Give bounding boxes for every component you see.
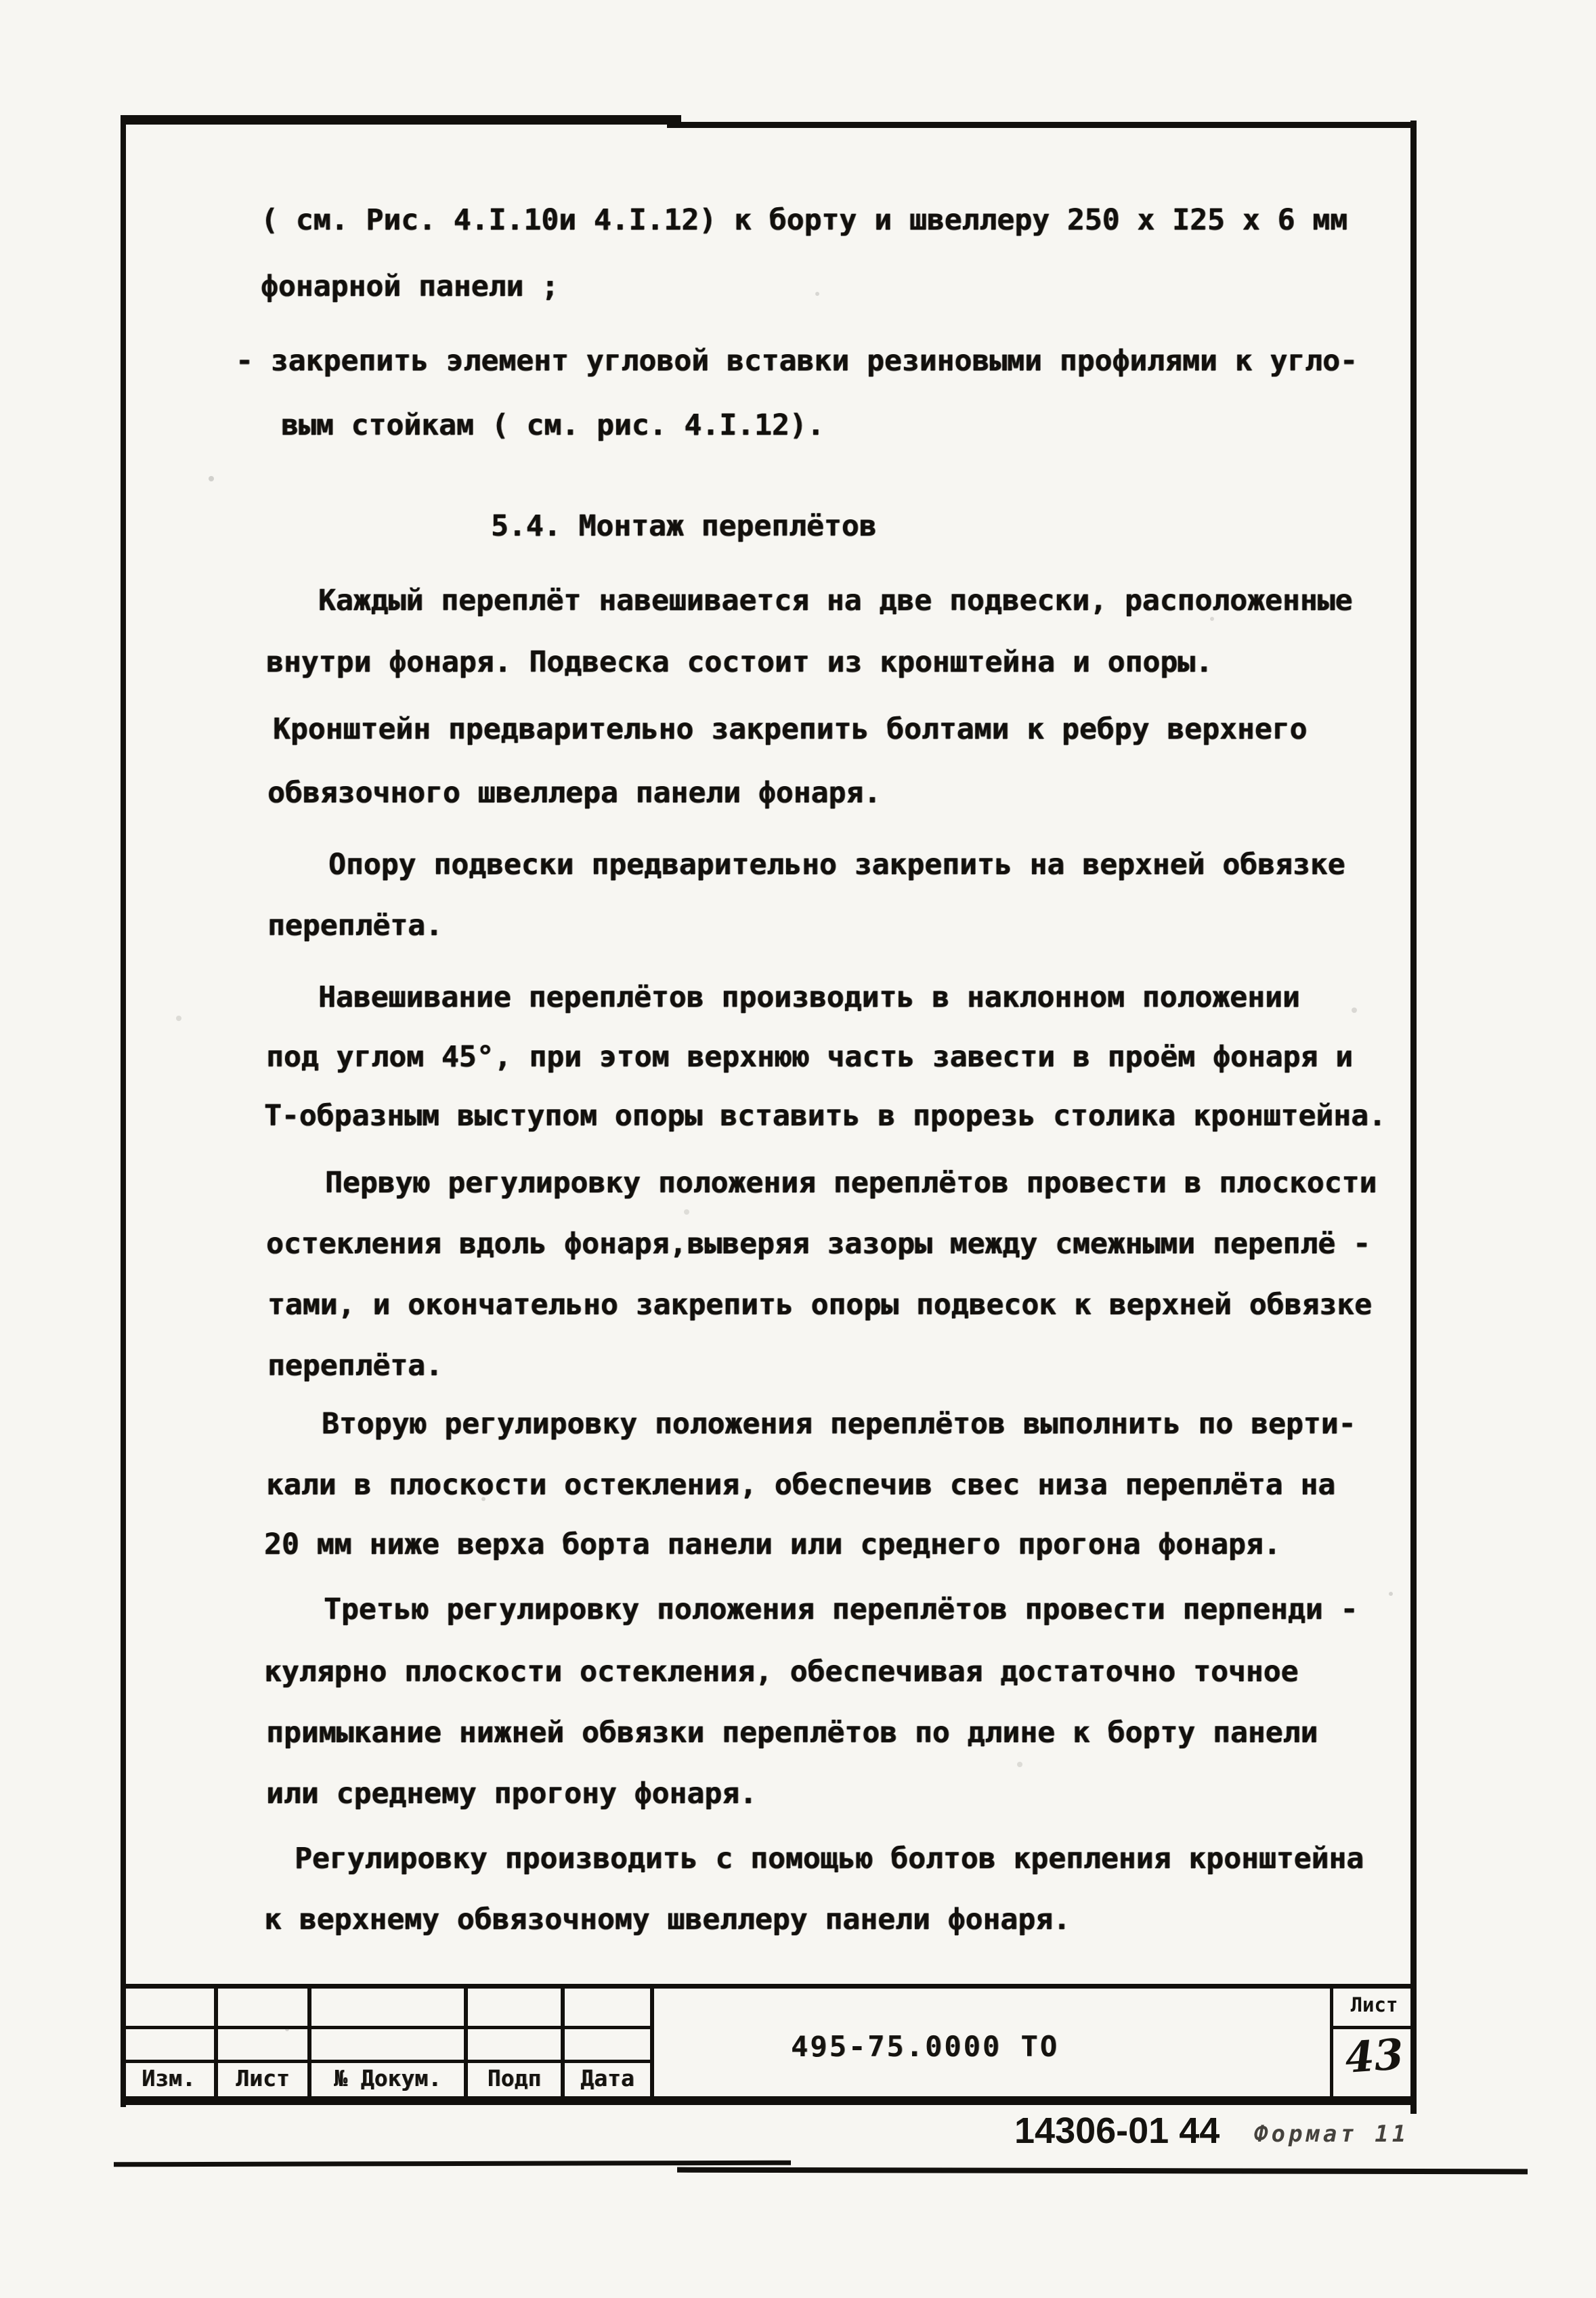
titleblock-top-line <box>121 1984 1417 1989</box>
titleblock-col-data: Дата <box>565 2065 650 2091</box>
frame-right-border <box>1410 121 1417 2114</box>
frame-left-border <box>121 115 126 2107</box>
text-line: Вторую регулировку положения переплётов … <box>322 1407 1356 1441</box>
text-line: или среднему прогону фонаря. <box>266 1777 757 1811</box>
text-line: 20 мм ниже верха борта панели или средне… <box>264 1527 1281 1561</box>
text-line: Т-образным выступом опоры вставить в про… <box>264 1099 1386 1133</box>
text-line: - закрепить элемент угловой вставки рези… <box>236 344 1358 378</box>
text-line: переплёта. <box>267 1349 443 1383</box>
titleblock-row-line <box>123 2026 653 2029</box>
text-line: фонарной панели ; <box>261 269 559 303</box>
text-line: тами, и окончательно закрепить опоры под… <box>267 1288 1372 1322</box>
sheet-label: Лист <box>1333 1993 1415 2016</box>
text-line: ( см. Рис. 4.I.10и 4.I.12) к борту и шве… <box>261 203 1347 237</box>
text-line: остекления вдоль фонаря,выверяя зазоры м… <box>266 1227 1371 1261</box>
text-line: Регулировку производить с помощью болтов… <box>295 1842 1364 1876</box>
scan-edge-line <box>114 2161 791 2167</box>
titleblock-row-line <box>123 2060 653 2063</box>
text-line: примыкание нижней обвязки переплётов по … <box>266 1716 1318 1750</box>
section-heading: 5.4. Монтаж переплётов <box>491 509 877 543</box>
titleblock-col-list: Лист <box>218 2065 307 2091</box>
text-line: внутри фонаря. Подвеска состоит из кронш… <box>266 645 1213 679</box>
scan-edge-line <box>677 2167 1528 2175</box>
text-line: переплёта. <box>267 909 443 942</box>
titleblock-column-divider <box>650 1985 654 2099</box>
titleblock-col-podp: Подп <box>468 2065 561 2091</box>
scanned-page: ( см. Рис. 4.I.10и 4.I.12) к борту и шве… <box>0 0 1596 2298</box>
frame-top-border <box>667 122 1416 128</box>
document-number: 495-75.0000 ТО <box>791 2030 1059 2063</box>
titleblock-col-dokum: № Докум. <box>311 2065 464 2091</box>
text-line: вым стойкам ( см. рис. 4.I.12). <box>281 408 825 442</box>
titleblock-col-izm: Изм. <box>123 2065 214 2091</box>
sheet-number: 43 <box>1332 2029 1417 2083</box>
text-line: к верхнему обвязочному швеллеру панели ф… <box>264 1903 1071 1936</box>
text-line: обвязочного швеллера панели фонаря. <box>267 776 881 810</box>
text-line: Первую регулировку положения переплётов … <box>325 1166 1377 1200</box>
text-line: Каждый переплёт навешивается на две подв… <box>318 584 1352 617</box>
text-line: Третью регулировку положения переплётов … <box>324 1592 1358 1626</box>
frame-top-border <box>121 115 681 125</box>
text-line: кали в плоскости остекления, обеспечив с… <box>266 1468 1335 1502</box>
scan-noise <box>0 0 3 3</box>
format-note: Формат 11 <box>1254 2121 1409 2148</box>
frame-bottom-border <box>121 2096 1417 2105</box>
text-line: Навешивание переплётов производить в нак… <box>318 980 1300 1014</box>
text-line: кулярно плоскости остекления, обеспечива… <box>264 1655 1298 1689</box>
text-line: Опору подвески предварительно закрепить … <box>328 848 1345 882</box>
stamp-number: 14306-01 44 <box>1014 2110 1220 2152</box>
text-line: Кронштейн предварительно закрепить болта… <box>273 712 1307 746</box>
text-line: под углом 45°, при этом верхнюю часть за… <box>266 1040 1353 1074</box>
